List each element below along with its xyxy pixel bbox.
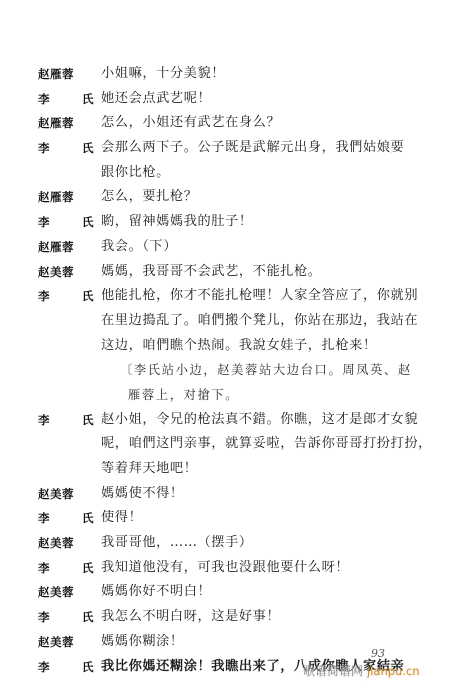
dialogue-line: 赵雁蓉 我会。（下） [0,235,454,260]
dialogue-text: 怎么，小姐还有武艺在身么？ [101,111,280,136]
dialogue-line: 李氏 使得！ [0,506,454,531]
script-page: 赵雁蓉 小姐嘛，十分美貌！ 李氏 她还会点武艺呢！ 赵雁蓉 怎么，小姐还有武艺在… [0,62,454,679]
speaker-name: 李氏 [38,605,94,630]
dialogue-line: 赵美蓉 媽媽使不得！ [0,482,454,507]
dialogue-line: 李氏 赵小姐，令兄的枪法真不錯。你瞧，这才是郎才女貌 [0,408,454,433]
dialogue-text: 这边，咱們瞧个热闹。我說女娃子，扎枪来！ [101,334,377,359]
dialogue-line: 李氏 会那么两下子。公子既是武解元出身，我們姑娘要 [0,136,454,161]
watermark-site-name: 歌谱简谱网 [303,664,363,678]
speaker-name: 赵美蓉 [38,260,94,285]
speaker-name: 赵美蓉 [38,531,94,556]
stage-direction: 雁蓉上，对搶下。 [0,383,454,408]
speaker-name: 李氏 [38,87,94,112]
dialogue-text: 我会。（下） [101,235,177,260]
dialogue-text: 我哥哥他，……（摆手） [101,531,253,556]
dialogue-text: 跟你比枪。 [101,161,170,186]
dialogue-continuation: 在里边搗乱了。咱們搬个凳儿，你站在那边，我站在 [0,309,454,334]
dialogue-line: 李氏 喲，留神媽媽我的肚子！ [0,210,454,235]
dialogue-line: 赵雁蓉 怎么，要扎枪？ [0,185,454,210]
speaker-name: 赵雁蓉 [38,185,94,210]
speaker-name: 赵美蓉 [38,630,94,655]
stage-direction: 〔李氏站小边，赵美蓉站大边台口。周凤英、赵 [0,358,454,383]
dialogue-line: 赵雁蓉 怎么，小姐还有武艺在身么？ [0,111,454,136]
speaker-name: 赵美蓉 [38,580,94,605]
dialogue-continuation: 呢，咱們这門亲事，就算妥啦，告訴你哥哥打扮打扮， [0,432,454,457]
dialogue-text: 会那么两下子。公子既是武解元出身，我們姑娘要 [101,136,404,161]
dialogue-text: 她还会点武艺呢！ [101,87,211,112]
stage-direction-text: 〔李氏站小边，赵美蓉站大边台口。周凤英、赵 [120,358,412,383]
speaker-name: 赵雁蓉 [38,111,94,136]
dialogue-text: 他能扎枪，你才不能扎枪哩！人家全答应了，你就别 [101,284,418,309]
dialogue-text: 使得！ [101,506,142,531]
dialogue-line: 李氏 她还会点武艺呢！ [0,87,454,112]
dialogue-line: 赵美蓉 媽媽你好不明白！ [0,580,454,605]
dialogue-line: 李氏 我知道他没有，可我也没跟他要什么呀！ [0,556,454,581]
dialogue-line: 李氏 我怎么不明白呀，这是好事！ [0,605,454,630]
dialogue-text: 媽媽使不得！ [101,482,184,507]
dialogue-line: 赵美蓉 媽媽你糊涂！ [0,630,454,655]
page-number: 93 [371,647,385,660]
speaker-name: 李氏 [38,655,94,680]
dialogue-continuation: 这边，咱們瞧个热闹。我說女娃子，扎枪来！ [0,334,454,359]
speaker-name: 赵美蓉 [38,482,94,507]
speaker-name: 李氏 [38,556,94,581]
dialogue-line: 赵美蓉 我哥哥他，……（摆手） [0,531,454,556]
dialogue-text: 我知道他没有，可我也没跟他要什么呀！ [101,556,349,581]
dialogue-text: 等着拜天地吧！ [101,457,198,482]
dialogue-text: 呢，咱們这門亲事，就算妥啦，告訴你哥哥打扮打扮， [101,432,432,457]
dialogue-line: 赵美蓉 媽媽，我哥哥不会武艺，不能扎枪。 [0,260,454,285]
dialogue-text: 在里边搗乱了。咱們搬个凳儿，你站在那边，我站在 [101,309,418,334]
speaker-name: 赵雁蓉 [38,62,94,87]
dialogue-text: 怎么，要扎枪？ [101,185,198,210]
watermark-url: jianpu.cn [367,664,420,678]
dialogue-continuation: 等着拜天地吧！ [0,457,454,482]
dialogue-text: 喲，留神媽媽我的肚子！ [101,210,253,235]
speaker-name: 李氏 [38,136,94,161]
speaker-name: 李氏 [38,408,94,433]
stage-direction-text: 雁蓉上，对搶下。 [128,383,239,408]
dialogue-text: 媽媽你糊涂！ [101,630,184,655]
dialogue-continuation: 跟你比枪。 [0,161,454,186]
speaker-name: 李氏 [38,284,94,309]
dialogue-text: 赵小姐，令兄的枪法真不錯。你瞧，这才是郎才女貌 [101,408,418,433]
dialogue-text: 我怎么不明白呀，这是好事！ [101,605,280,630]
speaker-name: 李氏 [38,210,94,235]
dialogue-line: 李氏 他能扎枪，你才不能扎枪哩！人家全答应了，你就别 [0,284,454,309]
dialogue-text: 媽媽，我哥哥不会武艺，不能扎枪。 [101,260,322,285]
watermark: 歌谱简谱网jianpu.cn [303,662,420,679]
dialogue-text: 媽媽你好不明白！ [101,580,211,605]
dialogue-text: 小姐嘛，十分美貌！ [101,62,225,87]
speaker-name: 李氏 [38,506,94,531]
dialogue-line: 赵雁蓉 小姐嘛，十分美貌！ [0,62,454,87]
speaker-name: 赵雁蓉 [38,235,94,260]
